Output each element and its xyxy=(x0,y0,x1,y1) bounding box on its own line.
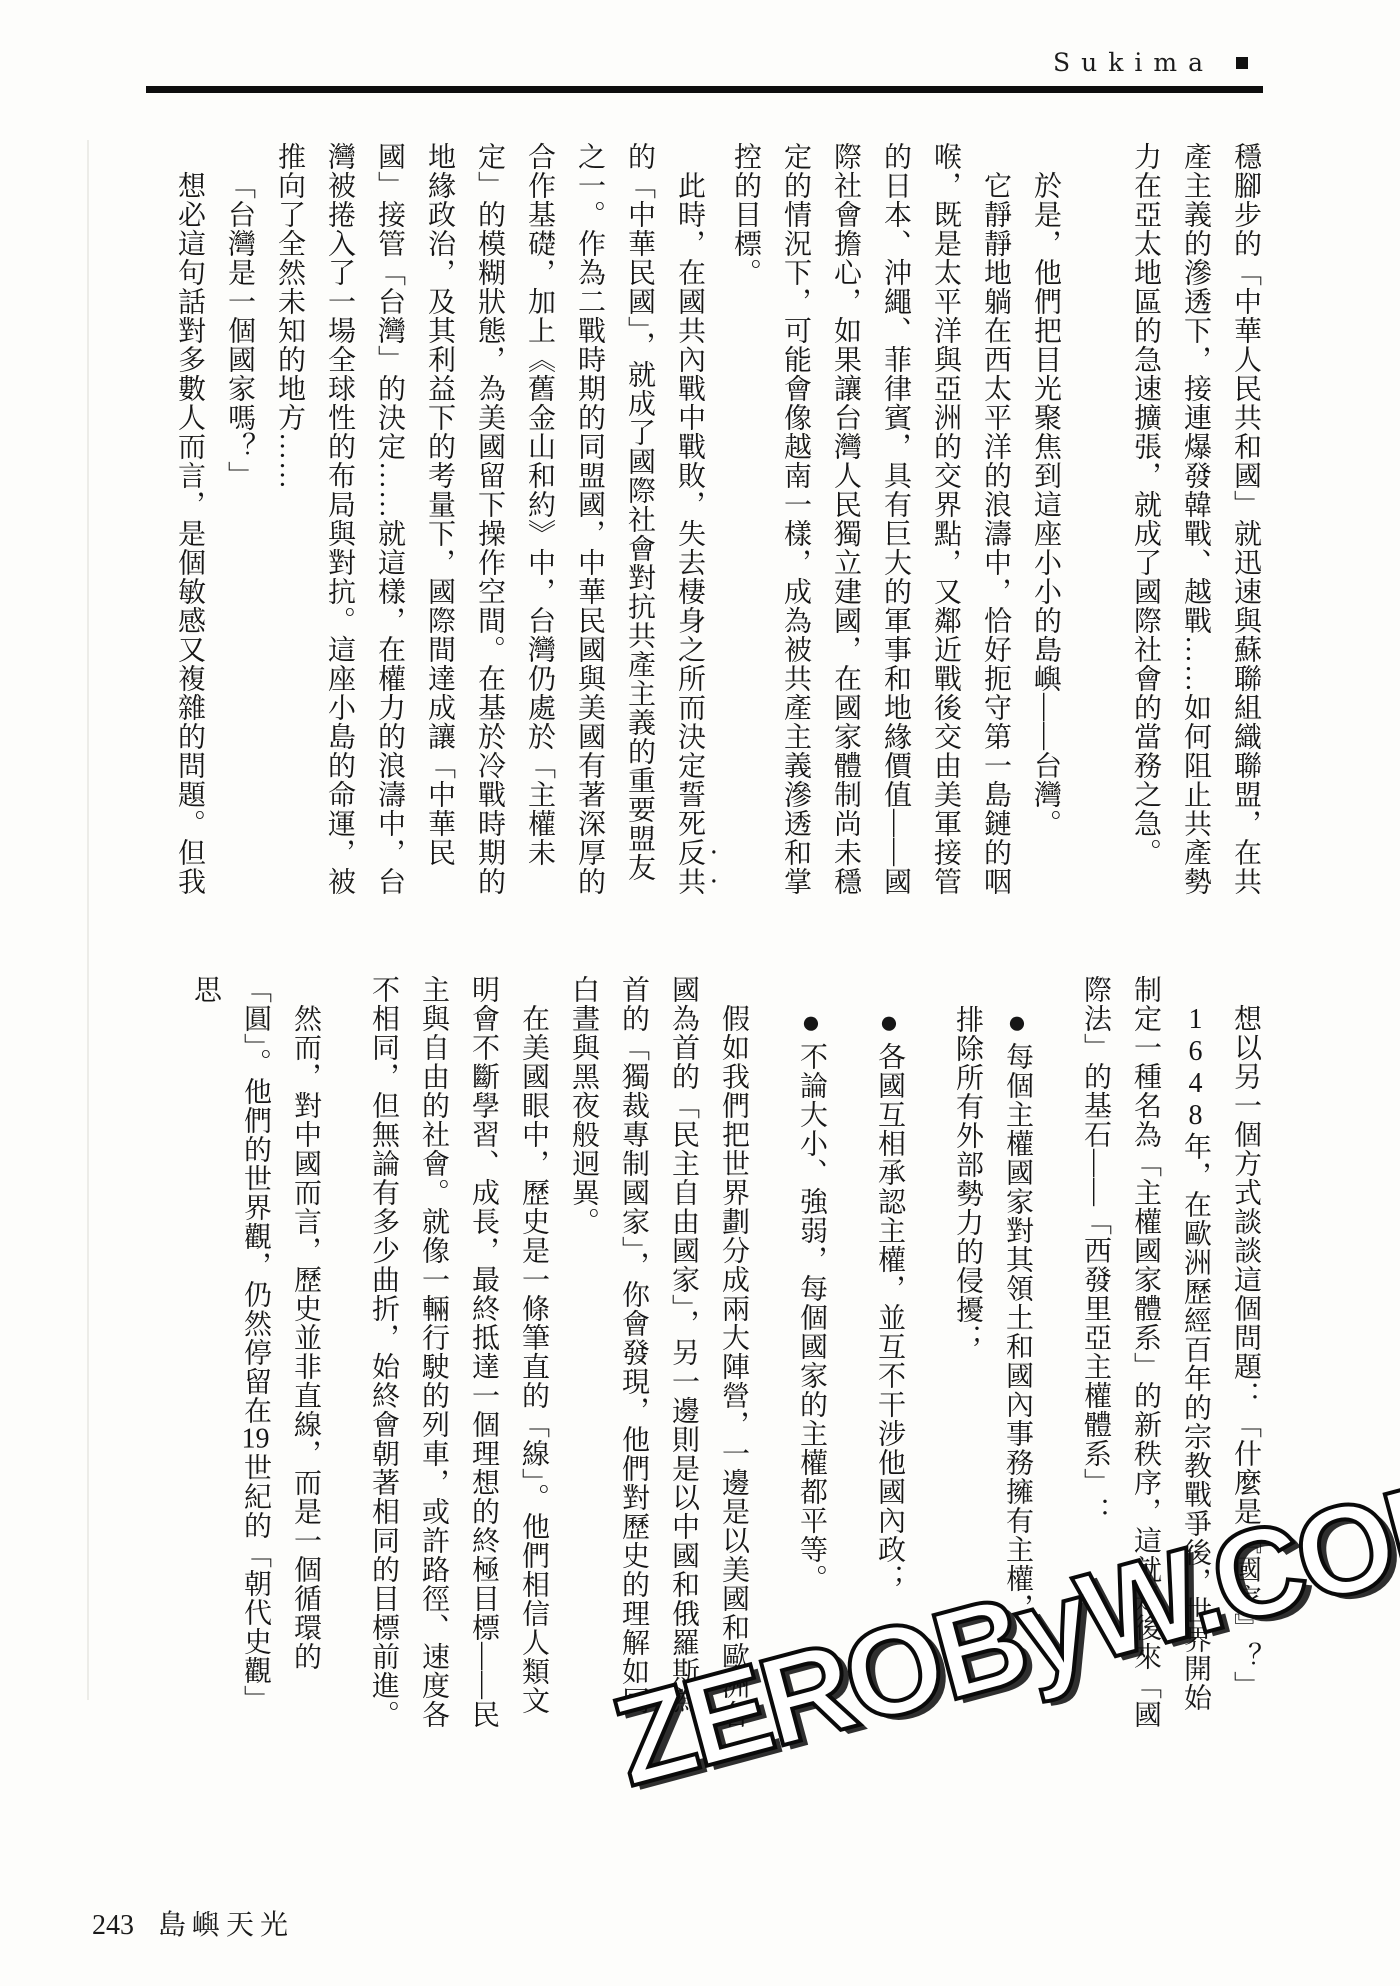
paragraph: 於是，他們把目光聚焦到這座小小的島嶼——台灣。 xyxy=(1020,142,1070,902)
bullet-icon: ● xyxy=(793,1005,829,1042)
text-segment: 它靜靜地躺在西太平洋的浪濤中，恰好扼守第一島鏈的咽喉，既是太平洋與亞洲的交界點，… xyxy=(730,142,1011,896)
paragraph: 在美國眼中，歷史是一條筆直的「線」。他們相信人類文明會不斷學習、成長，最終抵達一… xyxy=(358,975,558,1735)
paragraph: 想必這句話對多數人而言，是個敏感又複雜的問題。但我 xyxy=(164,142,214,902)
paragraph-quote: 「台灣是一個國家嗎？」 xyxy=(214,142,264,902)
paragraph: 然而，對中國而言，歷史並非直線，而是一個循環的「圓」。他們的世界觀，仍然停留在1… xyxy=(180,975,330,1735)
text-segment: 每個主權國家對其領土和國內事務擁有主權， xyxy=(1002,1042,1033,1622)
top-text-block: 穩腳步的「中華人民共和國」就迅速與蘇聯組織聯盟，在共產主義的滲透下，接連爆發韓戰… xyxy=(110,142,1270,902)
text-segment: 不論大小、強弱，每個國家的主權都平等。 xyxy=(796,1042,827,1593)
text-segment: 的「中華民國」，就成了國際社會對抗共產主義的重要盟友之一。作為二戰時期的同盟國，… xyxy=(274,142,655,896)
bullet-icon: ● xyxy=(999,1005,1035,1042)
text-segment: 於是，他們把目光聚焦到這座小小的島嶼——台灣。 xyxy=(1030,171,1061,838)
text-segment: 19 xyxy=(240,1425,271,1453)
page-number: 243 xyxy=(92,1910,134,1942)
paragraph-continued: 穩腳步的「中華人民共和國」就迅速與蘇聯組織聯盟，在共產主義的滲透下，接連爆發韓戰… xyxy=(1120,142,1270,902)
text-segment: 「台灣是一個國家嗎？」 xyxy=(224,171,255,490)
text-segment: 假如我們把世界劃分成兩大陣營，一邊是以美國和歐洲各國為首的「民主自由國家」，另一… xyxy=(568,975,749,1729)
paragraph: 假如我們把世界劃分成兩大陣營，一邊是以美國和歐洲各國為首的「民主自由國家」，另一… xyxy=(558,975,758,1735)
square-bullet-icon xyxy=(1236,57,1248,69)
bullet-icon: ● xyxy=(871,1005,907,1042)
text-segment: 排除所有外部勢力的侵擾； xyxy=(952,1005,983,1353)
text-segment: 反共 xyxy=(674,838,705,896)
brand-text: Sukima xyxy=(1053,48,1214,77)
text-segment: 然而，對中國而言，歷史並非直線，而是一個循環的 xyxy=(290,1004,321,1671)
text-segment: 在美國眼中，歷史是一條筆直的「線」。他們相信人類文明會不斷學習、成長，最終抵達一… xyxy=(368,975,549,1729)
text-segment: 「圓」。他們的世界觀，仍然停留在 xyxy=(240,975,271,1425)
book-title: 島嶼天光 xyxy=(158,1903,294,1943)
header-rule xyxy=(146,86,1263,93)
text-segment: 1648 xyxy=(1180,1004,1211,1132)
scan-edge-line xyxy=(87,140,89,1700)
page-footer: 243 島嶼天光 xyxy=(92,1903,294,1943)
text-segment: 此時，在國共內戰中戰敗，失去棲身之所而決定誓死 xyxy=(674,171,705,838)
text-segment: 穩腳步的「中華人民共和國」就迅速與蘇聯組織聯盟，在共產主義的滲透下，接連爆發韓戰… xyxy=(1130,142,1261,896)
text-segment: 想必這句話對多數人而言，是個敏感又複雜的問題。但我 xyxy=(174,171,205,896)
paragraph: 它靜靜地躺在西太平洋的浪濤中，恰好扼守第一島鏈的咽喉，既是太平洋與亞洲的交界點，… xyxy=(720,142,1020,902)
page-header: Sukima xyxy=(1053,48,1248,77)
paragraph: 此時，在國共內戰中戰敗，失去棲身之所而決定誓死反共的「中華民國」，就成了國際社會… xyxy=(264,142,720,902)
text-segment: 各國互相承認主權，並互不干涉他國內政； xyxy=(874,1042,905,1593)
